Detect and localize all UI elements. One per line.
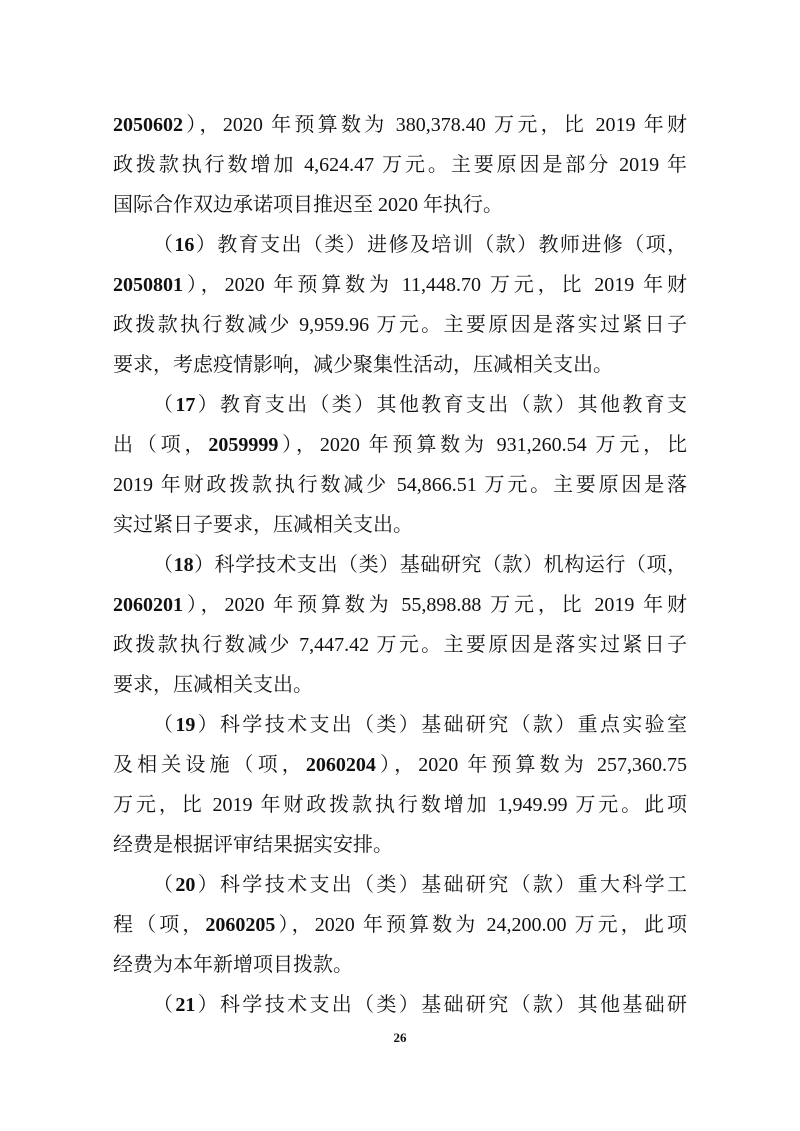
text-run: ），2020 年预算数为 24,200.00 万元，此项 (275, 914, 687, 936)
bold-text-run: 21 (175, 994, 195, 1016)
text-block: 2050602），2020 年预算数为 380,378.40 万元，比 2019… (113, 105, 687, 1025)
text-run: ）科学技术支出（类）基础研究（款）重点实验室 (195, 714, 687, 736)
text-line: 经费为本年新增项目拨款。 (113, 945, 687, 985)
text-run: 万元，比 2019 年财政拨款执行数增加 1,949.99 万元。此项 (113, 794, 687, 816)
text-line: （20）科学技术支出（类）基础研究（款）重大科学工 (113, 865, 687, 905)
text-line: 政拨款执行数减少 9,959.96 万元。主要原因是落实过紧日子 (113, 305, 687, 345)
bold-text-run: 19 (175, 714, 195, 736)
text-line: 出（项，2059999），2020 年预算数为 931,260.54 万元，比 (113, 425, 687, 465)
text-run: 实过紧日子要求，压减相关支出。 (113, 514, 413, 536)
text-run: ）教育支出（类）进修及培训（款）教师进修（项， (194, 234, 687, 256)
text-line: 2050801），2020 年预算数为 11,448.70 万元，比 2019 … (113, 265, 687, 305)
text-run: 政拨款执行数增加 4,624.47 万元。主要原因是部分 2019 年 (113, 154, 687, 176)
bold-text-run: 2050801 (113, 274, 183, 296)
bold-text-run: 16 (174, 234, 194, 256)
text-run: 政拨款执行数减少 7,447.42 万元。主要原因是落实过紧日子 (113, 634, 687, 656)
text-line: 实过紧日子要求，压减相关支出。 (113, 505, 687, 545)
text-line: （19）科学技术支出（类）基础研究（款）重点实验室 (113, 705, 687, 745)
text-line: 政拨款执行数增加 4,624.47 万元。主要原因是部分 2019 年 (113, 145, 687, 185)
text-line: 要求，压减相关支出。 (113, 665, 687, 705)
text-run: ）科学技术支出（类）基础研究（款）重大科学工 (195, 874, 687, 896)
bold-text-run: 2060204 (306, 754, 376, 776)
text-run: （ (153, 994, 175, 1016)
bold-text-run: 2060205 (205, 914, 275, 936)
text-run: （ (153, 234, 174, 256)
text-run: （ (153, 874, 175, 896)
bold-text-run: 17 (175, 394, 195, 416)
text-line: 要求，考虑疫情影响，减少聚集性活动，压减相关支出。 (113, 345, 687, 385)
text-run: ）教育支出（类）其他教育支出（款）其他教育支 (195, 394, 687, 416)
text-run: ），2020 年预算数为 55,898.88 万元，比 2019 年财 (183, 594, 687, 616)
text-line: 政拨款执行数减少 7,447.42 万元。主要原因是落实过紧日子 (113, 625, 687, 665)
text-run: ），2020 年预算数为 257,360.75 (376, 754, 687, 776)
bold-text-run: 18 (174, 554, 194, 576)
text-run: 要求，考虑疫情影响，减少聚集性活动，压减相关支出。 (113, 354, 613, 376)
text-line: （21）科学技术支出（类）基础研究（款）其他基础研 (113, 985, 687, 1025)
text-run: ），2020 年预算数为 931,260.54 万元，比 (278, 434, 687, 456)
text-run: 出（项， (113, 434, 208, 456)
text-run: （ (153, 714, 175, 736)
text-run: ）科学技术支出（类）基础研究（款）其他基础研 (195, 994, 687, 1016)
text-line: （16）教育支出（类）进修及培训（款）教师进修（项， (113, 225, 687, 265)
text-line: 国际合作双边承诺项目推迟至 2020 年执行。 (113, 185, 687, 225)
page-footer: 26 (113, 1030, 687, 1046)
bold-text-run: 20 (175, 874, 195, 896)
text-run: 国际合作双边承诺项目推迟至 2020 年执行。 (113, 194, 503, 216)
text-line: 程（项，2060205），2020 年预算数为 24,200.00 万元，此项 (113, 905, 687, 945)
text-run: （ (153, 394, 175, 416)
document-page: 2050602），2020 年预算数为 380,378.40 万元，比 2019… (0, 0, 800, 1131)
bold-text-run: 2059999 (208, 434, 278, 456)
text-run: （ (153, 554, 174, 576)
text-line: 2019 年财政拨款执行数减少 54,866.51 万元。主要原因是落 (113, 465, 687, 505)
text-line: （18）科学技术支出（类）基础研究（款）机构运行（项， (113, 545, 687, 585)
text-run: 经费为本年新增项目拨款。 (113, 954, 353, 976)
page-number: 26 (394, 1030, 407, 1045)
text-run: 2019 年财政拨款执行数减少 54,866.51 万元。主要原因是落 (113, 474, 687, 496)
text-run: ）科学技术支出（类）基础研究（款）机构运行（项， (194, 554, 687, 576)
text-run: 政拨款执行数减少 9,959.96 万元。主要原因是落实过紧日子 (113, 314, 687, 336)
text-line: 2060201），2020 年预算数为 55,898.88 万元，比 2019 … (113, 585, 687, 625)
text-run: 程（项， (113, 914, 205, 936)
text-run: 及相关设施（项， (113, 754, 306, 776)
text-line: 经费是根据评审结果据实安排。 (113, 825, 687, 865)
text-line: （17）教育支出（类）其他教育支出（款）其他教育支 (113, 385, 687, 425)
bold-text-run: 2050602 (113, 114, 183, 136)
text-line: 2050602），2020 年预算数为 380,378.40 万元，比 2019… (113, 105, 687, 145)
text-run: ），2020 年预算数为 380,378.40 万元，比 2019 年财 (183, 114, 687, 136)
bold-text-run: 2060201 (113, 594, 183, 616)
text-line: 万元，比 2019 年财政拨款执行数增加 1,949.99 万元。此项 (113, 785, 687, 825)
text-run: 经费是根据评审结果据实安排。 (113, 834, 393, 856)
text-run: 要求，压减相关支出。 (113, 674, 313, 696)
text-line: 及相关设施（项，2060204），2020 年预算数为 257,360.75 (113, 745, 687, 785)
text-run: ），2020 年预算数为 11,448.70 万元，比 2019 年财 (183, 274, 687, 296)
